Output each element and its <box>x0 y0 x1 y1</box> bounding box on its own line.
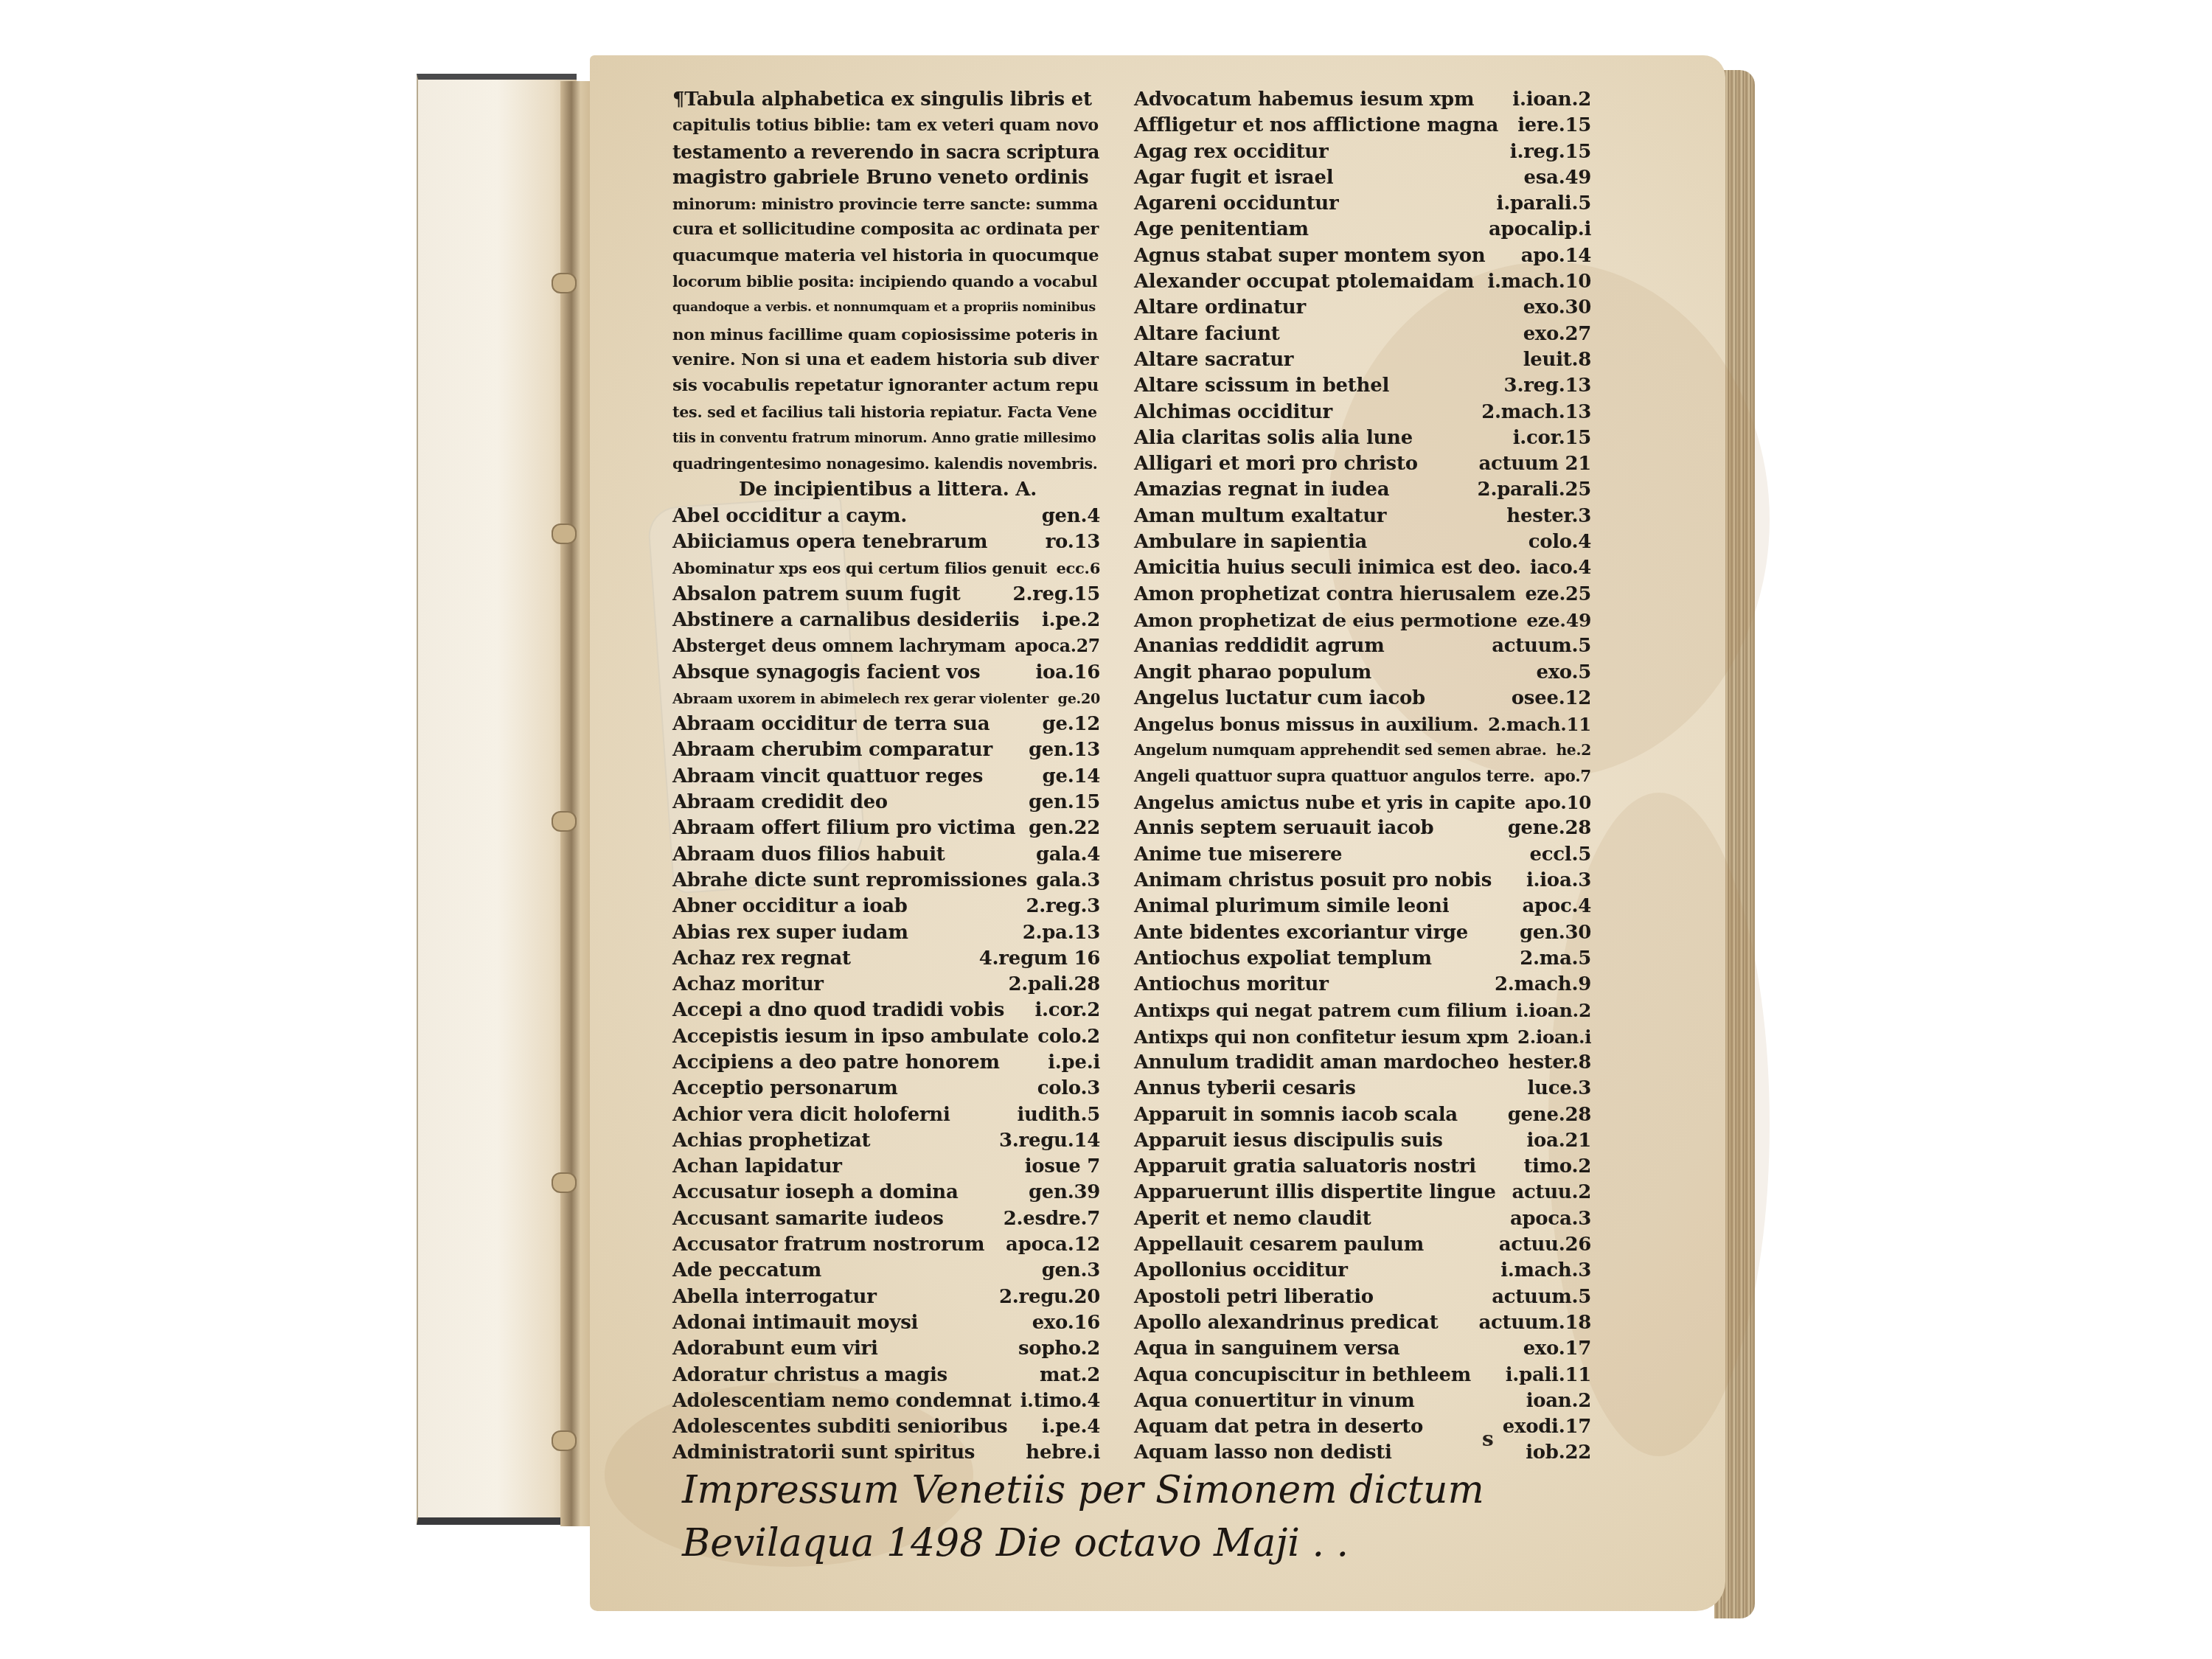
entry-reference: gen.22 <box>1020 815 1100 841</box>
entry-reference: exo.16 <box>1023 1310 1100 1336</box>
index-entry: Anime tue miserereeccl.5 <box>1134 842 1591 868</box>
entry-reference: actuum.18 <box>1470 1310 1591 1336</box>
entry-text: Abel occiditur a caym. <box>672 504 907 529</box>
entry-text: Angit pharao populum <box>1134 660 1371 686</box>
entry-reference: gene.28 <box>1499 815 1591 841</box>
entry-reference: 2.mach.9 <box>1486 972 1591 998</box>
entry-reference: exo.5 <box>1527 660 1591 686</box>
entry-text: Abraam credidit deo <box>672 790 888 815</box>
entry-text: Absque synagogis facient vos <box>672 660 980 686</box>
entry-reference: i.ioan.2 <box>1507 998 1591 1023</box>
entry-reference: apocalip.i <box>1480 217 1591 243</box>
index-entry: Altare faciuntexo.27 <box>1134 321 1591 347</box>
entry-reference: apo.7 <box>1535 764 1591 790</box>
index-entry: Adorabunt eum virisopho.2 <box>672 1336 1100 1362</box>
entry-text: Altare sacratur <box>1134 347 1293 373</box>
entry-text: Aqua in sanguinem versa <box>1134 1336 1399 1362</box>
index-entry: Abraam credidit deogen.15 <box>672 790 1100 815</box>
section-heading: De incipientibus a littera. A. <box>672 477 1100 503</box>
index-entry: Animam christus posuit pro nobisi.ioa.3 <box>1134 868 1591 894</box>
entry-text: Amicitia huius seculi inimica est deo. <box>1134 555 1521 581</box>
entry-reference: ioa.16 <box>1027 660 1101 686</box>
index-entry: Annulum tradidit aman mardocheohester.8 <box>1134 1050 1591 1076</box>
index-entry: Appellauit cesarem paulumactuu.26 <box>1134 1232 1591 1258</box>
index-entry: Angelus amictus nube et yris in capiteap… <box>1134 790 1591 815</box>
entry-text: Apparuit gratia saluatoris nostri <box>1134 1154 1476 1180</box>
entry-reference: gala.3 <box>1027 868 1100 894</box>
index-entry: Angeli quattuor supra quattuor angulos t… <box>1134 764 1591 790</box>
entry-text: Abner occiditur a ioab <box>672 894 908 919</box>
entry-reference: i.parali.5 <box>1488 191 1591 217</box>
entry-reference: eze.25 <box>1516 582 1591 608</box>
entry-text: Ambulare in sapientia <box>1134 529 1367 555</box>
entry-text: Absalon patrem suum fugit <box>672 582 961 608</box>
index-entry: Abias rex super iudam2.pa.13 <box>672 920 1100 946</box>
intro-line: testamento a reverendo in sacra scriptur… <box>672 139 1100 165</box>
intro-line: capitulis totius biblie: tam ex veteri q… <box>672 113 1100 139</box>
entry-reference: actuum.5 <box>1483 1284 1591 1310</box>
left-cover-board <box>417 74 577 1525</box>
entry-text: Altare ordinatur <box>1134 295 1306 321</box>
entry-text: Achaz rex regnat <box>672 946 851 972</box>
entry-text: Abella interrogatur <box>672 1284 877 1310</box>
entry-reference: exodi.17 <box>1494 1414 1591 1440</box>
entry-text: Alexander occupat ptolemaidam <box>1134 269 1474 295</box>
entry-text: Amon prophetizat de eius permotione <box>1134 608 1517 633</box>
entry-reference: exo.17 <box>1514 1336 1591 1362</box>
entry-text: Amon prophetizat contra hierusalem <box>1134 582 1516 608</box>
index-entry: Abraam vincit quattuor regesge.14 <box>672 764 1100 790</box>
entry-text: Antixps qui non confitetur iesum xpm <box>1134 1024 1509 1050</box>
entry-reference: ge.20 <box>1049 686 1100 712</box>
index-entry: Apostoli petri liberatioactuum.5 <box>1134 1284 1591 1310</box>
entry-text: Angelum numquam apprehendit sed semen ab… <box>1134 737 1546 763</box>
binding-stitch <box>552 524 577 544</box>
entry-text: Abraam vincit quattuor reges <box>672 764 983 790</box>
index-entry: Apollo alexandrinus predicatactuum.18 <box>1134 1310 1591 1336</box>
index-entry: Abstinere a carnalibus desideriisi.pe.2 <box>672 608 1100 633</box>
entry-reference: i.pe.2 <box>1033 608 1100 633</box>
entry-text: Achias prophetizat <box>672 1128 870 1154</box>
entry-text: Apollo alexandrinus predicat <box>1134 1310 1438 1336</box>
index-entry: Agareni occidunturi.parali.5 <box>1134 191 1591 217</box>
entry-text: Alia claritas solis alia lune <box>1134 425 1413 451</box>
index-entry: Ante bidentes excoriantur virgegen.30 <box>1134 920 1591 946</box>
entry-reference: 3.reg.13 <box>1495 373 1591 399</box>
entry-reference: sopho.2 <box>1009 1336 1100 1362</box>
entry-reference: gen.39 <box>1020 1180 1100 1206</box>
entry-reference: mat.2 <box>1031 1363 1100 1388</box>
entry-text: Adolescentes subditi senioribus <box>672 1414 1007 1440</box>
entry-text: Angelus amictus nube et yris in capite <box>1134 790 1515 815</box>
index-entry: Annis septem seruauit iacobgene.28 <box>1134 815 1591 841</box>
entry-text: Abraam occiditur de terra sua <box>672 712 990 737</box>
entry-text: Achior vera dicit holoferni <box>672 1102 950 1128</box>
entry-reference: 2.reg.3 <box>1017 894 1100 919</box>
index-entry: Aquam lasso non dedistiiob.22 <box>1134 1440 1591 1466</box>
index-entry: Absterget deus omnem lachrymamapoca.27 <box>672 633 1100 659</box>
entry-reference: 2.parali.25 <box>1469 477 1591 503</box>
index-entry: Abner occiditur a ioab2.reg.3 <box>672 894 1100 919</box>
index-entry: Abel occiditur a caym.gen.4 <box>672 504 1100 529</box>
entry-reference: 2.ma.5 <box>1511 946 1591 972</box>
entry-reference: ioan.2 <box>1517 1388 1591 1414</box>
entry-text: Abrahe dicte sunt repromissiones <box>672 868 1027 894</box>
index-entry: Achior vera dicit holoferniiudith.5 <box>672 1102 1100 1128</box>
entry-text: Apollonius occiditur <box>1134 1258 1348 1284</box>
entry-text: Apostoli petri liberatio <box>1134 1284 1374 1310</box>
index-entry: Abiiciamus opera tenebrarumro.13 <box>672 529 1100 555</box>
entry-reference: gala.4 <box>1027 842 1100 868</box>
entry-text: Agag rex occiditur <box>1134 139 1328 165</box>
index-entry: Apollonius occidituri.mach.3 <box>1134 1258 1591 1284</box>
entry-text: Accipiens a deo patre honorem <box>672 1050 1000 1076</box>
entry-text: Abraam offert filium pro victima <box>672 815 1015 841</box>
entry-text: Apparuit in somnis iacob scala <box>1134 1102 1458 1128</box>
entry-reference: colo.3 <box>1029 1076 1100 1102</box>
intro-line: tiis in conventu fratrum minorum. Anno g… <box>672 425 1100 451</box>
entry-reference: 2.pali.28 <box>1000 972 1100 998</box>
entry-text: Agnus stabat super montem syon <box>1134 243 1485 269</box>
index-entry: Apparuit gratia saluatoris nostritimo.2 <box>1134 1154 1591 1180</box>
left-text-column: ¶Tabula alphabetica ex singulis libris e… <box>672 87 1100 1467</box>
entry-text: Accusator fratrum nostrorum <box>672 1232 984 1258</box>
index-entry: Agnus stabat super montem syonapo.14 <box>1134 243 1591 269</box>
entry-reference: apoca.3 <box>1501 1206 1591 1232</box>
index-entry: Altare sacraturleuit.8 <box>1134 347 1591 373</box>
entry-reference: actuu.2 <box>1503 1180 1591 1206</box>
entry-reference: ecc.6 <box>1048 555 1101 581</box>
index-entry: Angelum numquam apprehendit sed semen ab… <box>1134 737 1591 763</box>
entry-text: Angeli quattuor supra quattuor angulos t… <box>1134 764 1535 790</box>
entry-text: Angelus bonus missus in auxilium. <box>1134 712 1478 737</box>
binding-stitch <box>552 273 577 293</box>
index-entry: Adoratur christus a magismat.2 <box>672 1363 1100 1388</box>
entry-text: Abiiciamus opera tenebrarum <box>672 529 987 555</box>
entry-text: Administratorii sunt spiritus <box>672 1440 975 1466</box>
intro-line: minorum: ministro provincie terre sancte… <box>672 191 1100 217</box>
entry-text: Altare faciunt <box>1134 321 1280 347</box>
intro-line: cura et sollicitudine composita ac ordin… <box>672 217 1100 243</box>
entry-reference: timo.2 <box>1514 1154 1591 1180</box>
index-entry: Age penitentiamapocalip.i <box>1134 217 1591 243</box>
entry-text: Abraam duos filios habuit <box>672 842 945 868</box>
index-entry: Alchimas occiditur2.mach.13 <box>1134 400 1591 425</box>
entry-reference: i.cor.15 <box>1504 425 1591 451</box>
entry-text: Aquam dat petra in deserto <box>1134 1414 1423 1440</box>
entry-reference: gen.30 <box>1511 920 1591 946</box>
index-entry: Aqua conuertitur in vinumioan.2 <box>1134 1388 1591 1414</box>
index-entry: Abrahe dicte sunt repromissionesgala.3 <box>672 868 1100 894</box>
index-entry: Alexander occupat ptolemaidami.mach.10 <box>1134 269 1591 295</box>
entry-reference: 3.regu.14 <box>990 1128 1100 1154</box>
index-entry: Apparuit in somnis iacob scalagene.28 <box>1134 1102 1591 1128</box>
entry-reference: i.mach.10 <box>1478 269 1591 295</box>
entry-reference: 2.ioan.i <box>1509 1024 1591 1050</box>
entry-reference: iudith.5 <box>1009 1102 1101 1128</box>
index-entry: Aquam dat petra in desertoexodi.17 <box>1134 1414 1591 1440</box>
entry-text: Apparuit iesus discipulis suis <box>1134 1128 1443 1154</box>
right-text-column: Advocatum habemus iesum xpmi.ioan.2Affli… <box>1134 87 1591 1467</box>
entry-reference: 4.regum 16 <box>970 946 1100 972</box>
entry-text: Abraam cherubim comparatur <box>672 737 992 763</box>
entry-text: Aqua conuertitur in vinum <box>1134 1388 1415 1414</box>
entry-reference: apoca.12 <box>997 1232 1100 1258</box>
index-entry: Absalon patrem suum fugit2.reg.15 <box>672 582 1100 608</box>
entry-text: Anime tue miserere <box>1134 842 1342 868</box>
index-entry: Achias prophetizat3.regu.14 <box>672 1128 1100 1154</box>
entry-text: Annus tyberii cesaris <box>1134 1076 1356 1102</box>
index-entry: Absque synagogis facient vosioa.16 <box>672 660 1100 686</box>
entry-text: Abraam uxorem in abimelech rex gerar vio… <box>672 686 1048 712</box>
entry-reference: i.ioan.2 <box>1503 87 1591 113</box>
colophon-line: Bevilaqua 1498 Die octavo Maji . . <box>682 1517 1677 1570</box>
entry-reference: i.pe.4 <box>1033 1414 1100 1440</box>
entry-text: Adorabunt eum viri <box>672 1336 877 1362</box>
entry-text: Angelus luctatur cum iacob <box>1134 686 1425 712</box>
index-entry: Abominatur xps eos qui certum filios gen… <box>672 555 1100 581</box>
index-entry: Accusator fratrum nostrorumapoca.12 <box>672 1232 1100 1258</box>
entry-reference: he.2 <box>1547 737 1591 763</box>
entry-text: Aman multum exaltatur <box>1134 504 1386 529</box>
index-entry: Amazias regnat in iudea2.parali.25 <box>1134 477 1591 503</box>
index-entry: Angit pharao populumexo.5 <box>1134 660 1591 686</box>
entry-reference: i.timo.4 <box>1012 1388 1100 1414</box>
entry-text: Abias rex super iudam <box>672 920 908 946</box>
index-entry: Administratorii sunt spiritushebre.i <box>672 1440 1100 1466</box>
intro-line: quadringentesimo nonagesimo. kalendis no… <box>672 451 1100 477</box>
entry-reference: exo.27 <box>1514 321 1591 347</box>
index-entry: Annus tyberii cesarisluce.3 <box>1134 1076 1591 1102</box>
index-entry: Ananias reddidit agrumactuum.5 <box>1134 633 1591 659</box>
index-entry: Achaz moritur2.pali.28 <box>672 972 1100 998</box>
index-entry: Amon prophetizat de eius permotioneeze.4… <box>1134 608 1591 633</box>
entry-text: Ananias reddidit agrum <box>1134 633 1384 659</box>
entry-reference: ioa.21 <box>1518 1128 1592 1154</box>
entry-reference: i.pali.11 <box>1497 1363 1591 1388</box>
entry-text: Aqua concupiscitur in bethleem <box>1134 1363 1471 1388</box>
index-entry: Aperit et nemo clauditapoca.3 <box>1134 1206 1591 1232</box>
entry-reference: i.reg.15 <box>1501 139 1591 165</box>
entry-text: Antiochus moritur <box>1134 972 1329 998</box>
entry-reference: actuu.26 <box>1490 1232 1591 1258</box>
index-entry: Adolescentes subditi senioribusi.pe.4 <box>672 1414 1100 1440</box>
entry-reference: iosue 7 <box>1016 1154 1100 1180</box>
index-entry: Aqua concupiscitur in bethleemi.pali.11 <box>1134 1363 1591 1388</box>
entry-reference: 2.reg.15 <box>1004 582 1100 608</box>
entry-reference: gen.15 <box>1020 790 1100 815</box>
handwritten-colophon: Impressum Venetiis per Simonem dictum Be… <box>682 1464 1677 1570</box>
index-entry: Abraam offert filium pro victimagen.22 <box>672 815 1100 841</box>
index-entry: Angelus luctatur cum iacobosee.12 <box>1134 686 1591 712</box>
entry-text: Ante bidentes excoriantur virge <box>1134 920 1468 946</box>
entry-reference: actuum 21 <box>1470 451 1591 477</box>
entry-reference: ro.13 <box>1037 529 1100 555</box>
entry-reference: iere.15 <box>1509 113 1591 139</box>
entry-reference: i.mach.3 <box>1492 1258 1591 1284</box>
entry-reference: gen.4 <box>1033 504 1100 529</box>
entry-reference: i.pe.i <box>1039 1050 1100 1076</box>
entry-text: Affligetur et nos afflictione magna <box>1134 113 1498 139</box>
entry-text: Adonai intimauit moysi <box>672 1310 918 1336</box>
index-entry: Amon prophetizat contra hierusalemeze.25 <box>1134 582 1591 608</box>
index-entry: Abella interrogatur2.regu.20 <box>672 1284 1100 1310</box>
index-entry: Antiochus expoliat templum2.ma.5 <box>1134 946 1591 972</box>
entry-text: Abstinere a carnalibus desideriis <box>672 608 1019 633</box>
index-entry: Antixps qui negat patrem cum filiumi.ioa… <box>1134 998 1591 1023</box>
intro-line: tes. sed et facilius tali historia repia… <box>672 400 1100 425</box>
index-entry: Affligetur et nos afflictione magnaiere.… <box>1134 113 1591 139</box>
index-entry: Aqua in sanguinem versaexo.17 <box>1134 1336 1591 1362</box>
entry-text: Agar fugit et israel <box>1134 165 1333 191</box>
intro-line: quacumque materia vel historia in quocum… <box>672 243 1100 269</box>
entry-reference: leuit.8 <box>1514 347 1591 373</box>
entry-text: Annulum tradidit aman mardocheo <box>1134 1050 1499 1076</box>
index-entry: Alia claritas solis alia lunei.cor.15 <box>1134 425 1591 451</box>
entry-text: Antixps qui negat patrem cum filium <box>1134 998 1507 1023</box>
intro-line: quandoque a verbis. et nonnumquam et a p… <box>672 295 1100 321</box>
index-entry: Ade peccatumgen.3 <box>672 1258 1100 1284</box>
index-entry: Accepistis iesum in ipso ambulatecolo.2 <box>672 1024 1100 1050</box>
entry-reference: osee.12 <box>1503 686 1591 712</box>
entry-reference: gen.13 <box>1020 737 1100 763</box>
index-entry: Achaz rex regnat4.regum 16 <box>672 946 1100 972</box>
index-entry: Apparuerunt illis dispertite lingueactuu… <box>1134 1180 1591 1206</box>
entry-text: Appellauit cesarem paulum <box>1134 1232 1424 1258</box>
entry-reference: exo.30 <box>1514 295 1591 321</box>
index-entry: Advocatum habemus iesum xpmi.ioan.2 <box>1134 87 1591 113</box>
entry-text: Abominatur xps eos qui certum filios gen… <box>672 555 1047 581</box>
entry-reference: iob.22 <box>1517 1440 1591 1466</box>
index-entry: Apparuit iesus discipulis suisioa.21 <box>1134 1128 1591 1154</box>
index-entry: Adonai intimauit moysiexo.16 <box>672 1310 1100 1336</box>
entry-text: Agareni occiduntur <box>1134 191 1338 217</box>
entry-reference: 2.mach.11 <box>1479 712 1591 737</box>
index-entry: Altare ordinaturexo.30 <box>1134 295 1591 321</box>
entry-reference: luce.3 <box>1519 1076 1592 1102</box>
entry-reference: i.cor.2 <box>1026 998 1100 1023</box>
index-entry: Abraam duos filios habuitgala.4 <box>672 842 1100 868</box>
entry-text: Absterget deus omnem lachrymam <box>672 633 1006 659</box>
entry-reference: eccl.5 <box>1521 842 1591 868</box>
index-entry: Agar fugit et israelesa.49 <box>1134 165 1591 191</box>
entry-reference: hebre.i <box>1017 1440 1100 1466</box>
index-entry: Antixps qui non confitetur iesum xpm2.io… <box>1134 1024 1591 1050</box>
entry-reference: ge.14 <box>1034 764 1100 790</box>
intro-line: sis vocabulis repetatur ignoranter actum… <box>672 373 1100 399</box>
index-entry: Adolescentiam nemo condemnati.timo.4 <box>672 1388 1100 1414</box>
index-entry: Aman multum exaltaturhester.3 <box>1134 504 1591 529</box>
index-entry: Achan lapidaturiosue 7 <box>672 1154 1100 1180</box>
entry-reference: iaco.4 <box>1521 555 1591 581</box>
entry-text: Alchimas occiditur <box>1134 400 1332 425</box>
index-entry: Alligari et mori pro christoactuum 21 <box>1134 451 1591 477</box>
entry-reference: gen.3 <box>1033 1258 1100 1284</box>
entry-text: Aperit et nemo claudit <box>1134 1206 1371 1232</box>
index-entry: Animal plurimum simile leoniapoc.4 <box>1134 894 1591 919</box>
entry-text: Advocatum habemus iesum xpm <box>1134 87 1474 113</box>
binding-stitch <box>552 1430 577 1451</box>
index-entry: Abraam occiditur de terra suage.12 <box>672 712 1100 737</box>
intro-line: magistro gabriele Bruno veneto ordinis <box>672 165 1100 191</box>
entry-text: Accepistis iesum in ipso ambulate <box>672 1024 1029 1050</box>
entry-text: Alligari et mori pro christo <box>1134 451 1418 477</box>
entry-reference: 2.pa.13 <box>1014 920 1100 946</box>
index-entry: Abraam uxorem in abimelech rex gerar vio… <box>672 686 1100 712</box>
signature-mark: s <box>1482 1427 1494 1451</box>
entry-text: Accusatur ioseph a domina <box>672 1180 958 1206</box>
entry-reference: actuum.5 <box>1483 633 1591 659</box>
entry-text: Accepi a dno quod tradidi vobis <box>672 998 1004 1023</box>
index-entry: Accipiens a deo patre honoremi.pe.i <box>672 1050 1100 1076</box>
index-entry: Angelus bonus missus in auxilium.2.mach.… <box>1134 712 1591 737</box>
entry-text: Apparuerunt illis dispertite lingue <box>1134 1180 1496 1206</box>
entry-reference: i.ioa.3 <box>1517 868 1591 894</box>
index-entry: Accusant samarite iudeos2.esdre.7 <box>672 1206 1100 1232</box>
index-entry: Amicitia huius seculi inimica est deo.ia… <box>1134 555 1591 581</box>
right-entry-list: Advocatum habemus iesum xpmi.ioan.2Affli… <box>1134 87 1591 1467</box>
entry-reference: 2.esdre.7 <box>995 1206 1100 1232</box>
entry-text: Adoratur christus a magis <box>672 1363 947 1388</box>
entry-reference: gene.28 <box>1499 1102 1591 1128</box>
entry-reference: colo.4 <box>1520 529 1591 555</box>
entry-text: Altare scissum in bethel <box>1134 373 1389 399</box>
entry-text: Accusant samarite iudeos <box>672 1206 944 1232</box>
entry-reference: apo.10 <box>1516 790 1591 815</box>
entry-text: Animal plurimum simile leoni <box>1134 894 1449 919</box>
index-entry: Accepi a dno quod tradidi vobisi.cor.2 <box>672 998 1100 1023</box>
index-entry: Acceptio personarumcolo.3 <box>672 1076 1100 1102</box>
entry-text: Aquam lasso non dedisti <box>1134 1440 1392 1466</box>
colophon-line: Impressum Venetiis per Simonem dictum <box>682 1464 1677 1517</box>
intro-line: locorum biblie posita: incipiendo quando… <box>672 269 1100 295</box>
entry-text: Achan lapidatur <box>672 1154 842 1180</box>
index-entry: Accusatur ioseph a dominagen.39 <box>672 1180 1100 1206</box>
entry-reference: eze.49 <box>1517 608 1591 633</box>
index-entry: Altare scissum in bethel3.reg.13 <box>1134 373 1591 399</box>
binding-stitch <box>552 1172 577 1193</box>
entry-reference: apoca.27 <box>1006 633 1100 659</box>
entry-text: Animam christus posuit pro nobis <box>1134 868 1492 894</box>
entry-text: Age penitentiam <box>1134 217 1309 243</box>
entry-reference: colo.2 <box>1029 1024 1100 1050</box>
entry-text: Acceptio personarum <box>672 1076 897 1102</box>
left-entry-list: Abel occiditur a caym.gen.4Abiiciamus op… <box>672 504 1100 1467</box>
entry-text: Ade peccatum <box>672 1258 821 1284</box>
entry-text: Antiochus expoliat templum <box>1134 946 1432 972</box>
entry-reference: hester.8 <box>1499 1050 1591 1076</box>
binding-stitch <box>552 811 577 832</box>
entry-text: Annis septem seruauit iacob <box>1134 815 1433 841</box>
index-entry: Agag rex occidituri.reg.15 <box>1134 139 1591 165</box>
entry-reference: apo.14 <box>1512 243 1591 269</box>
entry-reference: esa.49 <box>1515 165 1591 191</box>
entry-reference: ge.12 <box>1034 712 1100 737</box>
intro-line: venire. Non si una et eadem historia sub… <box>672 347 1100 373</box>
entry-reference: hester.3 <box>1498 504 1591 529</box>
entry-text: Adolescentiam nemo condemnat <box>672 1388 1012 1414</box>
entry-text: Amazias regnat in iudea <box>1134 477 1389 503</box>
index-entry: Ambulare in sapientiacolo.4 <box>1134 529 1591 555</box>
entry-text: Achaz moritur <box>672 972 824 998</box>
entry-reference: apoc.4 <box>1513 894 1591 919</box>
entry-reference: 2.mach.13 <box>1472 400 1591 425</box>
intro-line: non minus facillime quam copiosissime po… <box>672 321 1100 347</box>
entry-reference: 2.regu.20 <box>990 1284 1100 1310</box>
index-entry: Antiochus moritur2.mach.9 <box>1134 972 1591 998</box>
index-entry: Abraam cherubim comparaturgen.13 <box>672 737 1100 763</box>
intro-line: ¶Tabula alphabetica ex singulis libris e… <box>672 87 1100 113</box>
